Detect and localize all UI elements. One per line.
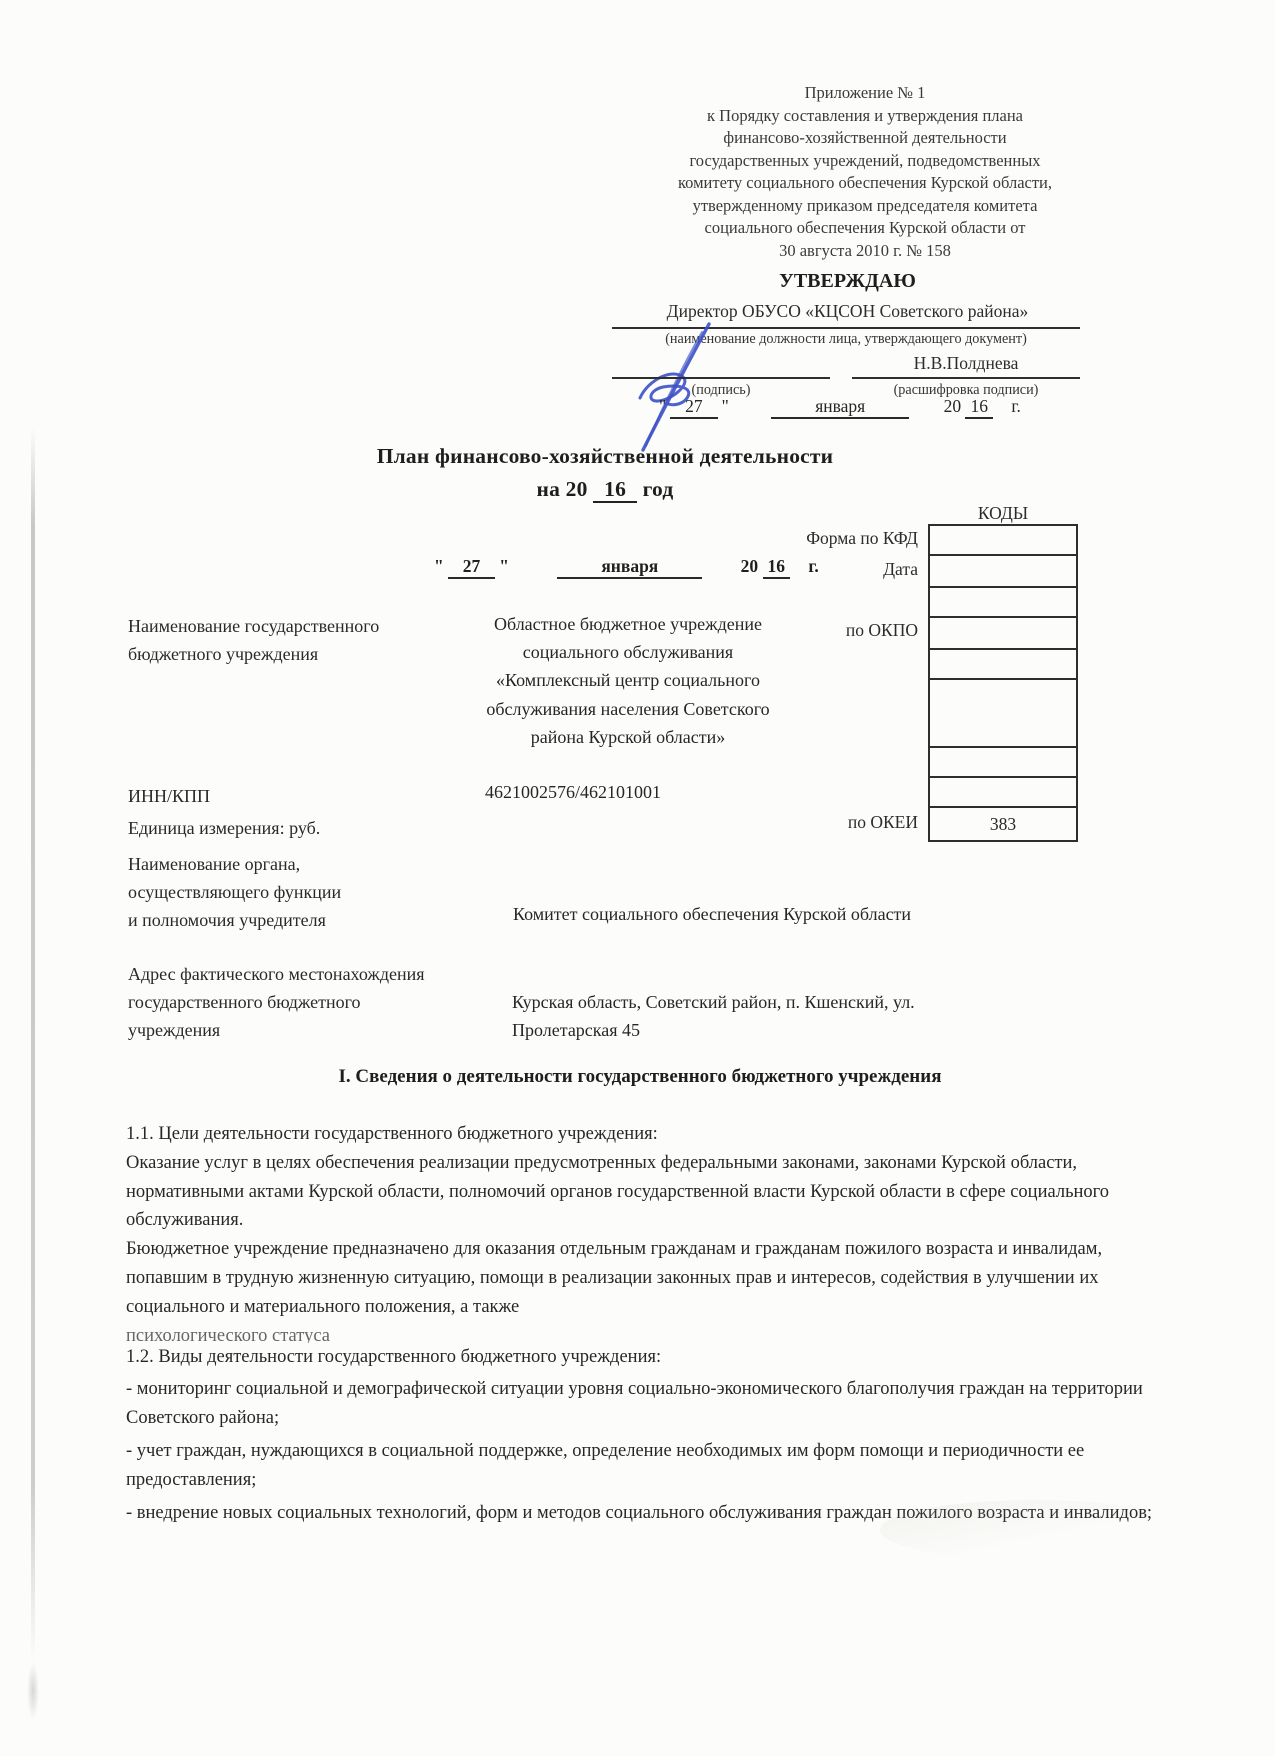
- close-quote: ": [499, 556, 509, 576]
- approval-date-month: января: [771, 396, 909, 419]
- appendix-line: государственных учреждений, подведомстве…: [630, 150, 1100, 173]
- org-name-value-line: Областное бюджетное учреждение: [448, 610, 808, 638]
- inn-kpp-label: ИНН/КПП: [128, 782, 210, 810]
- founder-label-line: осуществляющего функции: [128, 878, 341, 906]
- title-line1: План финансово-хозяйственной деятельност…: [165, 440, 1045, 473]
- close-quote: ": [722, 396, 729, 416]
- title-year-suffix: год: [643, 477, 674, 501]
- paragraph-goals: Оказание услуг в целях обеспечения реали…: [126, 1149, 1172, 1235]
- org-name-label: Наименование государственного бюджетного…: [128, 612, 458, 668]
- codes-cell-empty: [930, 650, 1076, 680]
- paragraph-clipped-line: психологического статуса: [126, 1322, 1172, 1343]
- paragraph-activity-item: - внедрение новых социальных технологий,…: [126, 1499, 1172, 1528]
- address-value-line: Курская область, Советский район, п. Кше…: [512, 988, 915, 1016]
- signature-underline: [612, 377, 830, 379]
- paragraph-goals-heading: 1.1. Цели деятельности государственного …: [126, 1120, 1172, 1149]
- org-name-value-line: «Комплексный центр социального: [448, 666, 808, 694]
- address-label-line: государственного бюджетного: [128, 988, 425, 1016]
- codes-cell-okei: 383: [930, 808, 1076, 840]
- codes-cell-empty: [930, 588, 1076, 618]
- inn-kpp-value: 4621002576/462101001: [485, 782, 661, 803]
- paragraph-activity-item: - учет граждан, нуждающихся в социальной…: [126, 1437, 1172, 1495]
- approval-date-year: 16: [965, 396, 993, 419]
- codes-cell-empty: [930, 778, 1076, 808]
- approval-date-line: "27" января 20 16 г.: [655, 396, 1021, 419]
- founder-label-line: Наименование органа,: [128, 850, 341, 878]
- document-title: План финансово-хозяйственной деятельност…: [165, 440, 1045, 506]
- org-name-value-line: социального обслуживания: [448, 638, 808, 666]
- unit-of-measure-label: Единица измерения: руб.: [128, 814, 320, 842]
- approval-heading: УТВЕРЖДАЮ: [615, 270, 1080, 293]
- address-value: Курская область, Советский район, п. Кше…: [512, 988, 915, 1044]
- form-date-month: января: [557, 556, 702, 579]
- org-name-value-line: обслуживания населения Советского: [448, 695, 808, 723]
- codes-cell-okpo: [930, 618, 1076, 650]
- scanned-document-page: { "document": { "appendix": { "lines": […: [0, 0, 1275, 1756]
- paragraph-activity-item: - мониторинг социальной и демографическо…: [126, 1375, 1172, 1433]
- form-kfd-label: Форма по КФД: [650, 528, 918, 549]
- form-date-day: 27: [448, 556, 496, 579]
- appendix-line: финансово-хозяйственной деятельности: [630, 127, 1100, 150]
- okei-label: по ОКЕИ: [650, 812, 918, 833]
- address-value-line: Пролетарская 45: [512, 1016, 915, 1044]
- appendix-line: к Порядку составления и утверждения план…: [630, 105, 1100, 128]
- approval-date-day: 27: [670, 396, 718, 419]
- section1-heading: I. Сведения о деятельности государственн…: [120, 1066, 1160, 1088]
- codes-cell-date: [930, 556, 1076, 588]
- org-name-label-line: Наименование государственного: [128, 612, 458, 640]
- org-name-value-line: района Курской области»: [448, 723, 808, 751]
- approval-date-century: 20: [944, 396, 962, 416]
- appendix-line: комитету социального обеспечения Курской…: [630, 172, 1100, 195]
- codes-cell-empty-tall: [930, 680, 1076, 748]
- approver-name: Н.В.Полднева: [852, 353, 1080, 374]
- form-date-suffix: г.: [808, 556, 818, 576]
- open-quote: ": [434, 556, 444, 576]
- org-name-label-line: бюджетного учреждения: [128, 640, 458, 668]
- paragraph-activities-heading: 1.2. Виды деятельности государственного …: [126, 1343, 1172, 1372]
- codes-header: КОДЫ: [928, 503, 1078, 524]
- appendix-line: социального обеспечения Курской области …: [630, 217, 1100, 240]
- address-label: Адрес фактического местонахождения госуд…: [128, 960, 425, 1044]
- founder-value: Комитет социального обеспечения Курской …: [513, 904, 911, 925]
- title-year-prefix: на 20: [537, 477, 588, 501]
- appendix-line: Приложение № 1: [630, 82, 1100, 105]
- appendix-line: 30 августа 2010 г. № 158: [630, 240, 1100, 263]
- codes-table: 383: [928, 524, 1078, 842]
- open-quote: ": [659, 396, 666, 416]
- scan-smudge-bottom-left: [27, 1662, 39, 1720]
- appendix-reference-block: Приложение № 1 к Порядку составления и у…: [630, 82, 1100, 262]
- paragraph-purpose: Бююджетное учреждение предназначено для …: [126, 1235, 1172, 1321]
- approval-date-suffix: г.: [1011, 396, 1021, 416]
- title-year-value: 16: [593, 477, 637, 503]
- form-date-year: 16: [763, 556, 791, 579]
- name-underline: [852, 377, 1080, 379]
- section1-body: 1.1. Цели деятельности государственного …: [126, 1120, 1172, 1527]
- founder-label: Наименование органа, осуществляющего фун…: [128, 850, 341, 934]
- codes-cell-kfd: [930, 526, 1076, 556]
- appendix-line: утвержденному приказом председателя коми…: [630, 195, 1100, 218]
- address-label-line: Адрес фактического местонахождения: [128, 960, 425, 988]
- form-date-line: "27" января 20 16 г.: [430, 556, 819, 579]
- title-line2: на 20 16 год: [165, 473, 1045, 506]
- address-label-line: учреждения: [128, 1016, 425, 1044]
- approver-position: Директор ОБУСО «КЦСОН Советского района»: [615, 301, 1080, 322]
- form-date-century: 20: [741, 556, 759, 576]
- codes-cell-empty: [930, 748, 1076, 778]
- scan-edge-shadow-left: [31, 428, 35, 1663]
- founder-label-line: и полномочия учредителя: [128, 906, 341, 934]
- org-name-value: Областное бюджетное учреждение социально…: [448, 610, 808, 751]
